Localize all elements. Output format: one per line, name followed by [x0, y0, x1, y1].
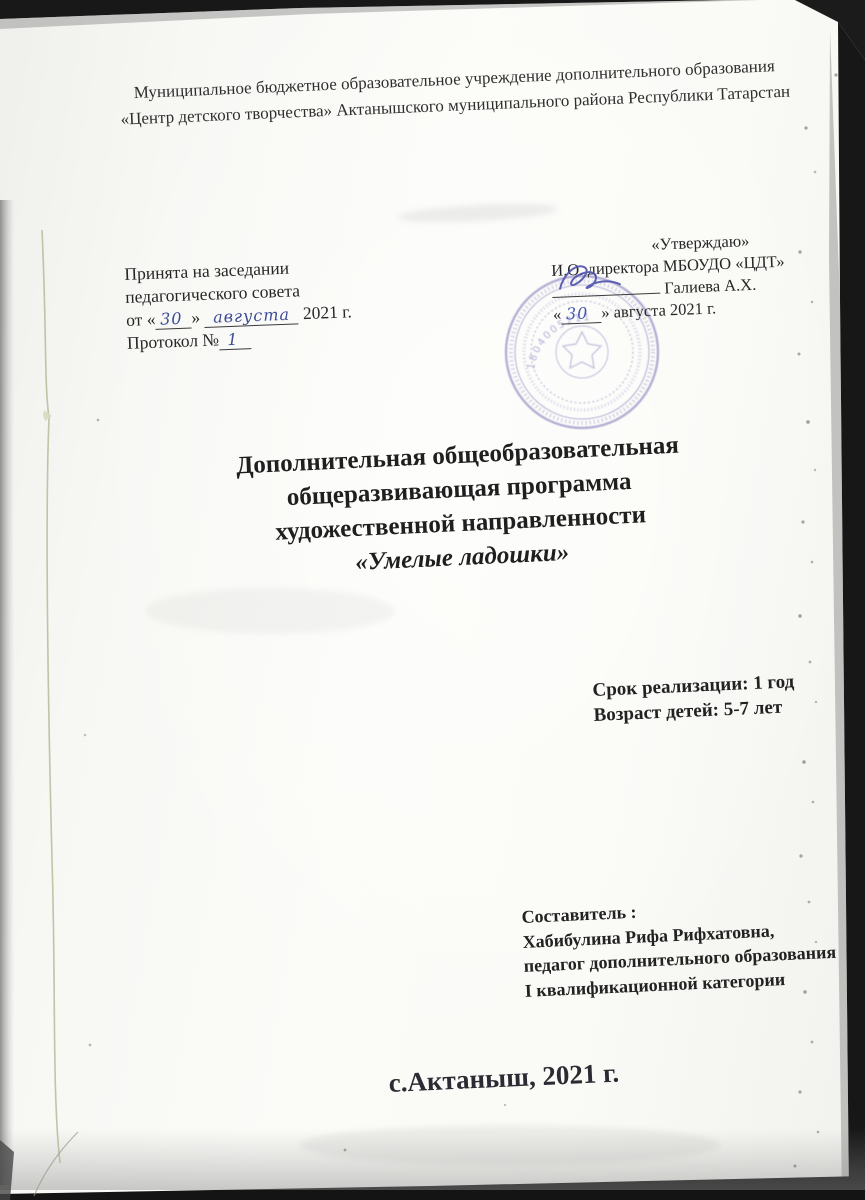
handwritten-day-field: 30 — [561, 305, 602, 324]
date-prefix: от « — [126, 309, 156, 330]
program-title: Дополнительная общеобразовательная общер… — [183, 426, 737, 588]
handwritten-protocol-number: 1 — [227, 330, 239, 349]
signatory-name: Галиева А.Х. — [664, 275, 757, 298]
stamp-center-emblem — [563, 332, 601, 368]
handwritten-month: августа — [213, 305, 291, 327]
date-rest: » августа 2021 г. — [601, 298, 717, 322]
bleedthrough-smudge — [145, 588, 395, 634]
date-mid: » — [191, 307, 205, 327]
scanned-document-page: Муниципальное бюджетное образовательное … — [0, 0, 865, 1200]
protocol-label: Протокол № — [127, 329, 220, 353]
program-details: Срок реализации: 1 год Возраст детей: 5-… — [592, 669, 796, 728]
signature-scribble — [553, 257, 644, 295]
author-info: Составитель : Хабибулина Рифа Рифхатовна… — [521, 891, 838, 1003]
handwritten-day: 30 — [160, 309, 183, 329]
handwritten-day-field: 30 — [155, 309, 192, 329]
scan-edge-shadows — [0, 0, 865, 1200]
handwritten-day: 30 — [566, 304, 589, 324]
date-year: 2021 г. — [298, 301, 352, 323]
approval-note: «Утверждаю» И.О. директора МБОУДО «ЦДТ» … — [550, 226, 853, 326]
paper-crumple-shading — [300, 1125, 720, 1165]
acceptance-note: Принята на заседании педагогического сов… — [124, 254, 353, 355]
handwritten-protocol-field: 1 — [219, 330, 252, 350]
handwritten-month-field: августа — [204, 305, 299, 327]
signature-field — [552, 279, 661, 298]
